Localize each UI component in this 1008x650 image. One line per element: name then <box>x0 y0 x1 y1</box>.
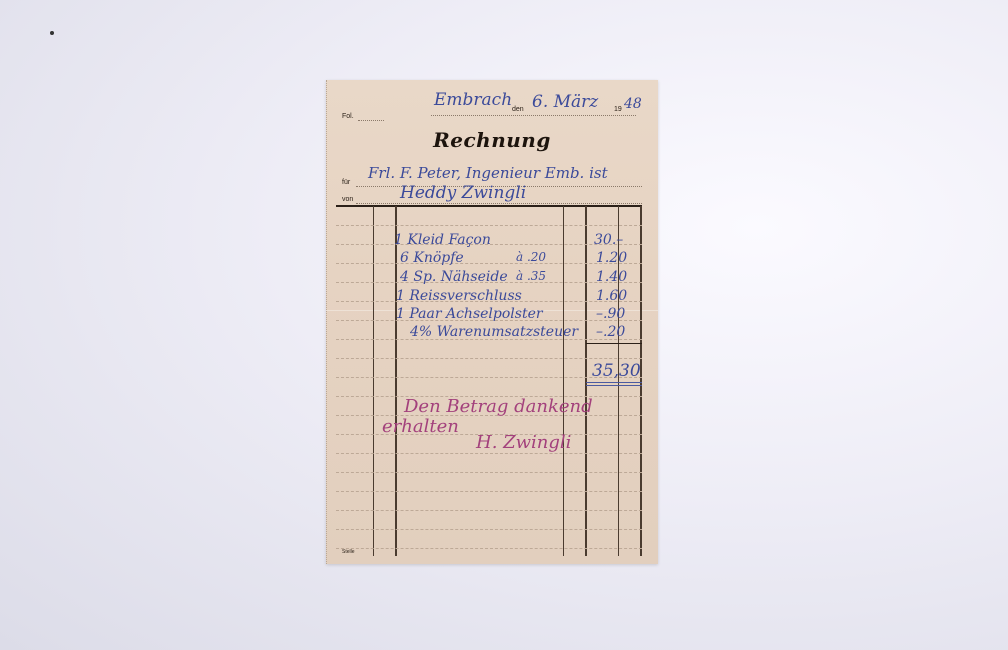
folio-line <box>358 120 384 121</box>
table-top-rule <box>336 205 642 207</box>
row-line <box>336 358 642 359</box>
row-line <box>336 548 642 549</box>
total-double-underline <box>586 385 642 386</box>
column-divider <box>640 206 642 556</box>
sender-line <box>356 203 642 204</box>
date: 6. März <box>532 92 598 112</box>
den-label: den <box>512 106 524 113</box>
recipient: Frl. F. Peter, Ingenieur Emb. ist <box>368 164 608 182</box>
invoice-title: Rechnung <box>326 128 658 152</box>
item-description: 1 Kleid Façon <box>394 232 491 248</box>
row-line <box>336 453 642 454</box>
date-line <box>431 115 636 116</box>
folio-label: Fol. <box>342 113 354 120</box>
item-amount: 30.– <box>594 232 623 248</box>
invoice-paper: Fol. Embrach den 6. März 19 48 Rechnung … <box>326 80 658 564</box>
item-description: 6 Knöpfe <box>400 250 464 266</box>
row-line <box>336 491 642 492</box>
item-unit-price: à .35 <box>516 269 546 283</box>
item-description: 1 Paar Achselpolster <box>396 306 543 322</box>
row-line <box>336 472 642 473</box>
subtotal-rule <box>586 343 642 344</box>
item-amount: 1.20 <box>596 250 627 266</box>
year-prefix: 19 <box>614 106 622 113</box>
item-description: 4 Sp. Nähseide <box>400 269 508 285</box>
receipt-note-line2: erhalten <box>382 416 459 437</box>
item-amount: –.20 <box>596 324 625 340</box>
item-description: 1 Reissverschluss <box>396 288 522 304</box>
place: Embrach <box>434 90 512 110</box>
total-amount: 35,30 <box>592 361 641 381</box>
item-unit-price: à .20 <box>516 250 546 264</box>
row-line <box>336 510 642 511</box>
item-amount: 1.40 <box>596 269 627 285</box>
item-amount: 1.60 <box>596 288 627 304</box>
dust-speck <box>50 31 54 35</box>
row-line <box>336 225 642 226</box>
column-divider <box>395 206 397 556</box>
sender: Heddy Zwingli <box>400 183 526 203</box>
item-description: 4% Warenumsatzsteuer <box>410 324 578 340</box>
total-underline <box>586 382 642 383</box>
column-divider <box>373 206 374 556</box>
year-suffix: 48 <box>624 96 642 112</box>
signature: H. Zwingli <box>476 432 571 453</box>
von-label: von <box>342 196 353 203</box>
column-divider <box>585 206 587 556</box>
receipt-note-line1: Den Betrag dankend <box>404 396 593 417</box>
column-divider <box>563 206 564 556</box>
fuer-label: für <box>342 179 350 186</box>
row-line <box>336 529 642 530</box>
item-amount: –.90 <box>596 306 625 322</box>
footer-label: Stelle <box>342 549 355 555</box>
